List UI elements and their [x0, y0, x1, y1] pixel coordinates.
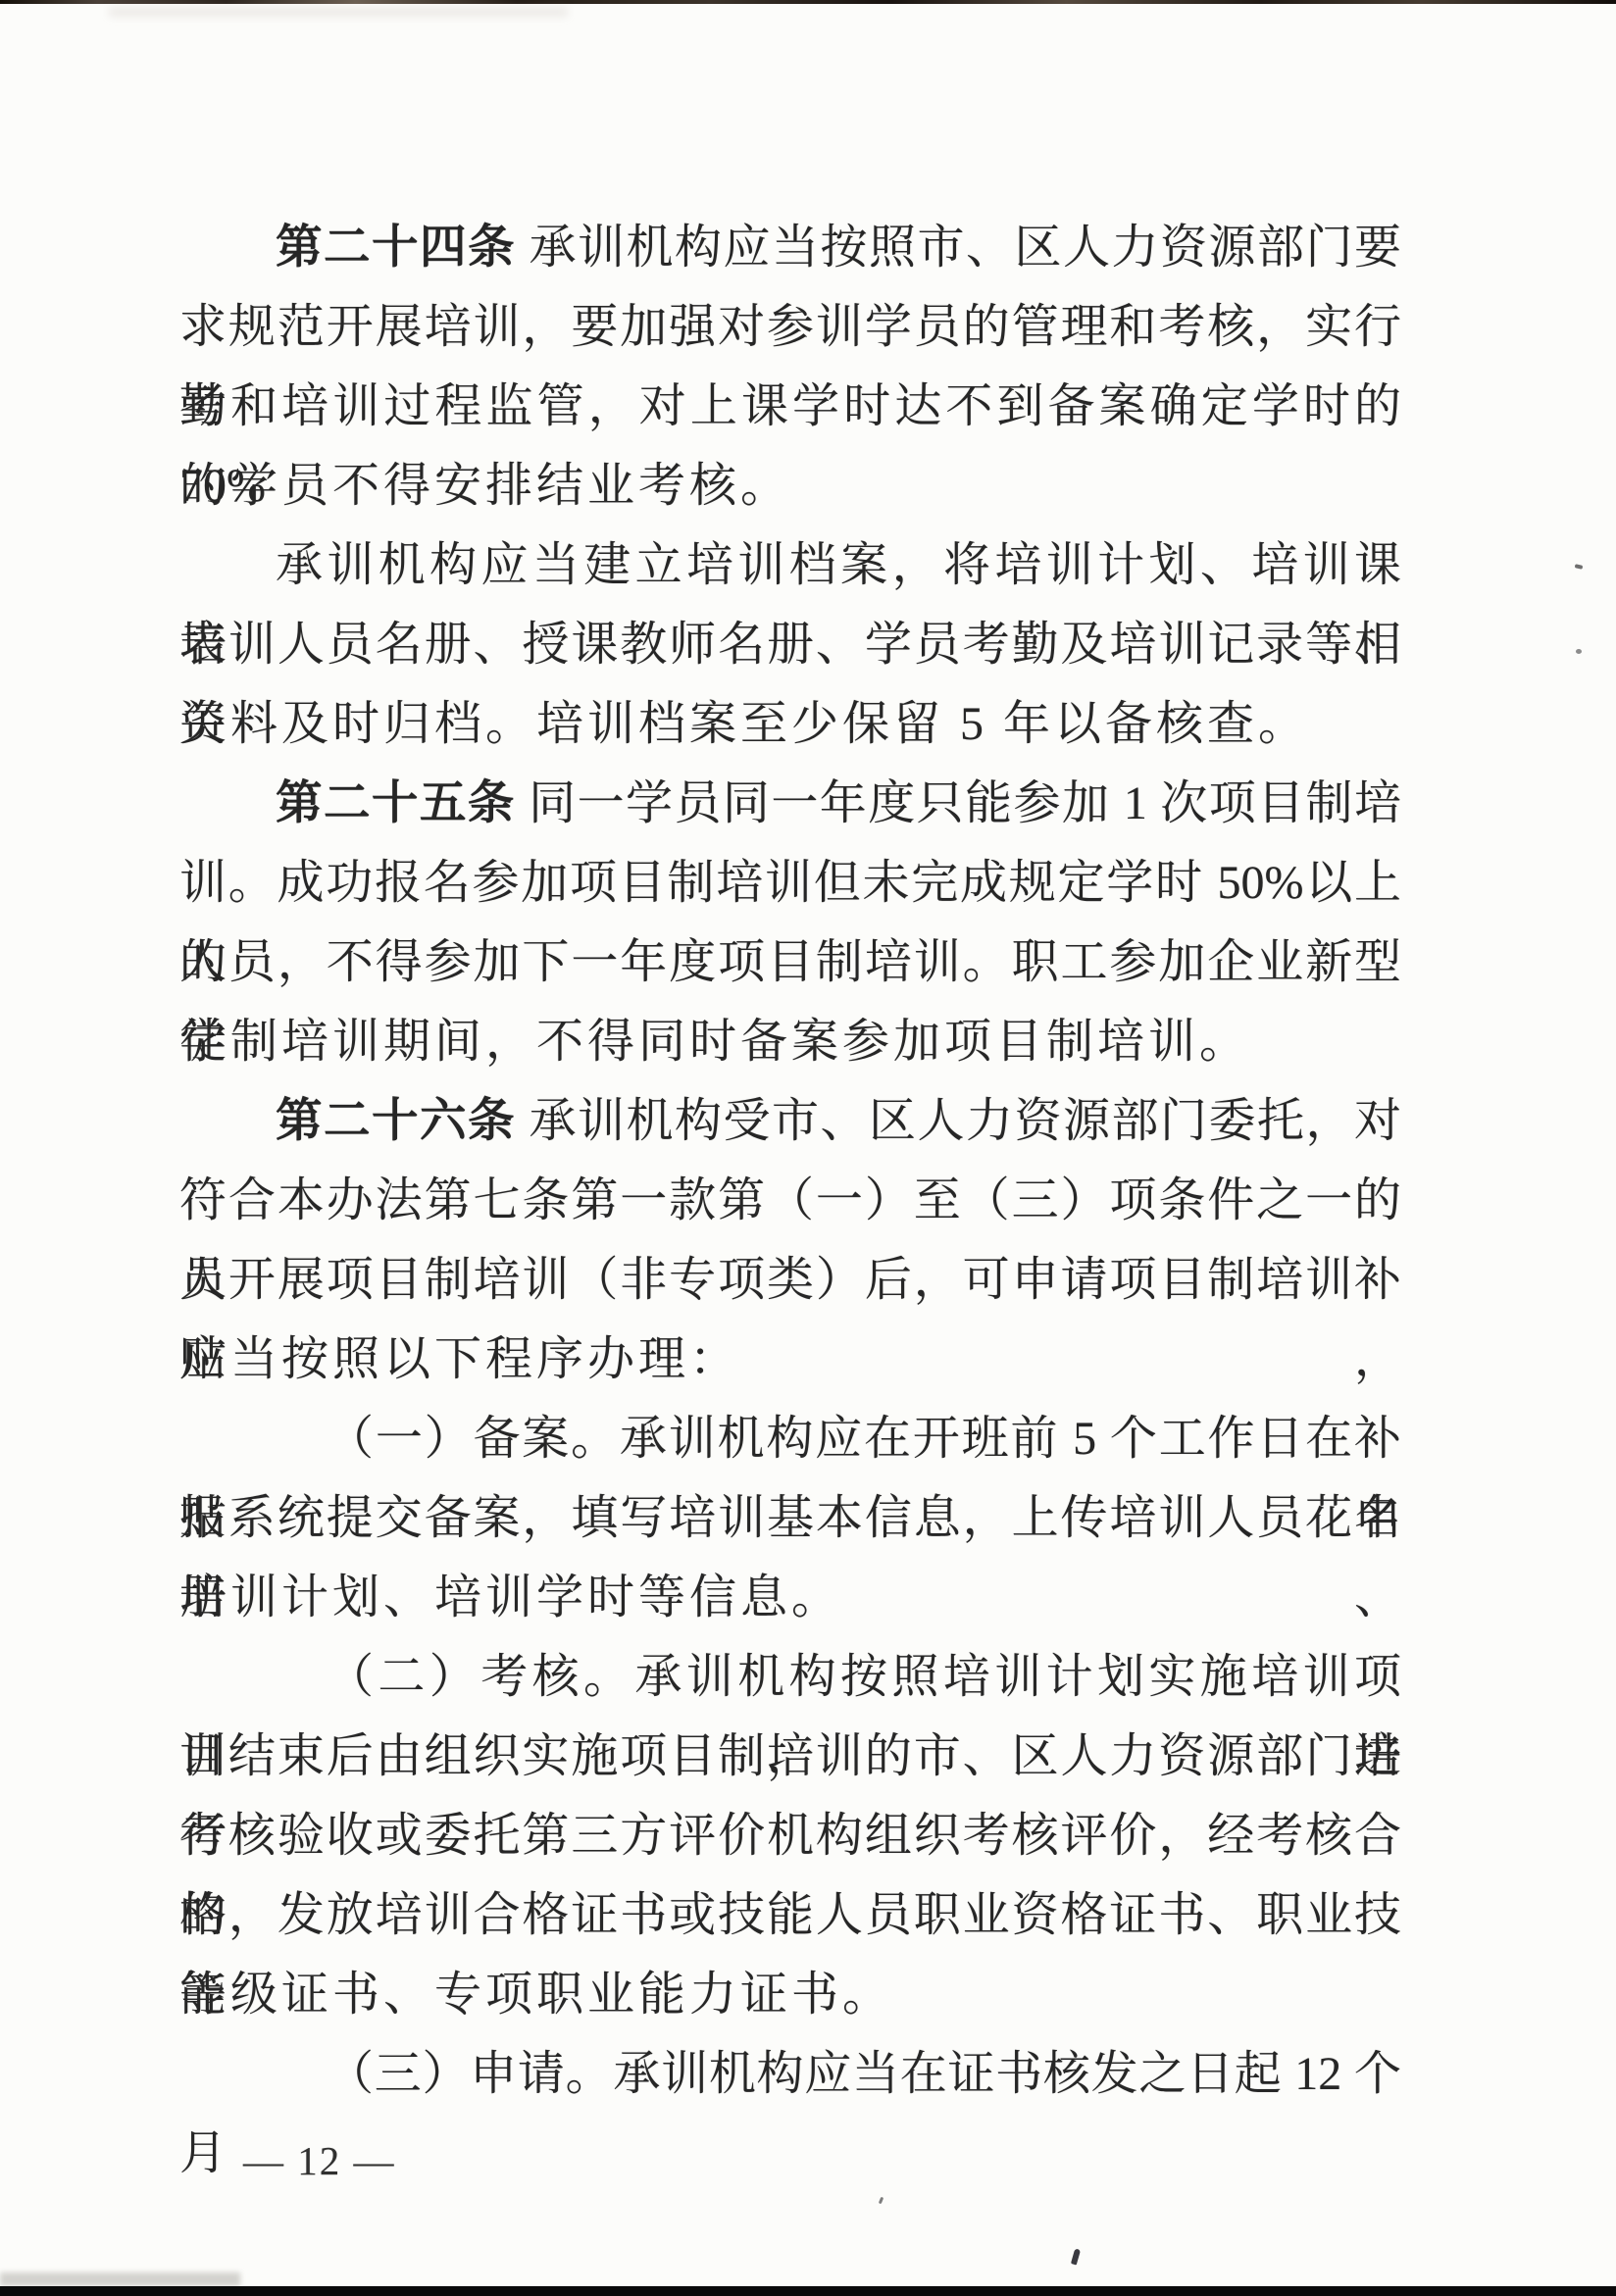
text-run: 承训机构受市、区人力资源部门委托，对 [516, 1095, 1401, 1147]
scan-top-edge [0, 0, 1616, 4]
text-line: （一）备案。承训机构应在开班前 5 个工作日在补贴申 [179, 1399, 1401, 1478]
text-line: 等级证书、专项职业能力证书。 [179, 1955, 1401, 2034]
ink-speck [1576, 649, 1582, 654]
text-line: 徒制培训期间，不得同时备案参加项目制培训。 [179, 1002, 1401, 1081]
text-run: 应当按照以下程序办理： [179, 1333, 740, 1385]
text-line: （三）申请。承训机构应当在证书核发之日起 12 个月 [179, 2034, 1401, 2114]
text-line: 第二十六条 承训机构受市、区人力资源部门委托，对 [179, 1081, 1401, 1161]
ink-speck [879, 2197, 884, 2205]
text-line: 人员，不得参加下一年度项目制培训。职工参加企业新型学 [179, 923, 1401, 1002]
text-run: 培训计划、培训学时等信息。 [179, 1572, 842, 1623]
text-line: 培训人员名册、授课教师名册、学员考勤及培训记录等相关 [179, 605, 1401, 684]
text-line: 资料及时归档。培训档案至少保留 5 年以备核查。 [179, 684, 1401, 764]
text-line: 考核验收或委托第三方评价机构组织考核评价，经考核合格 [179, 1796, 1401, 1875]
article-heading: 第二十四条 [276, 222, 516, 274]
text-line: 求规范开展培训，要加强对参训学员的管理和考核，实行考 [179, 287, 1401, 367]
scanned-document-page: 第二十四条 承训机构应当按照市、区人力资源部门要求规范开展培训，要加强对参训学员… [0, 0, 1616, 2296]
text-run: 资料及时归档。培训档案至少保留 5 年以备核查。 [179, 698, 1309, 750]
text-line: 训。成功报名参加项目制培训但未完成规定学时 50%以上的 [179, 843, 1401, 923]
text-line: （二）考核。承训机构按照培训计划实施培训项目，培 [179, 1637, 1401, 1717]
ink-speck [1575, 564, 1584, 570]
text-run: 同一学员同一年度只能参加 1 次项目制培 [516, 777, 1401, 829]
article-heading: 第二十五条 [276, 777, 516, 829]
text-line: 第二十四条 承训机构应当按照市、区人力资源部门要 [179, 208, 1401, 287]
text-line: 训结束后由组织实施项目制培训的市、区人力资源部门进行 [179, 1717, 1401, 1796]
text-line: 的学员不得安排结业考核。 [179, 446, 1401, 525]
document-body: 第二十四条 承训机构应当按照市、区人力资源部门要求规范开展培训，要加强对参训学员… [179, 208, 1401, 2114]
text-run: 的学员不得安排结业考核。 [179, 460, 791, 512]
text-line: 勤和培训过程监管，对上课学时达不到备案确定学时的 70% [179, 367, 1401, 446]
text-run: 承训机构应当按照市、区人力资源部门要 [516, 222, 1401, 274]
page-number: — 12 — [243, 2137, 396, 2184]
text-line: 符合本办法第七条第一款第（一）至（三）项条件之一的人 [179, 1161, 1401, 1240]
text-run: 徒制培训期间，不得同时备案参加项目制培训。 [179, 1016, 1250, 1068]
scan-top-haze [108, 6, 569, 18]
scan-bottom-smudge [0, 2272, 240, 2286]
text-line: 承训机构应当建立培训档案，将培训计划、培训课表、 [179, 525, 1401, 605]
ink-speck [1071, 2248, 1081, 2265]
text-run: 等级证书、专项职业能力证书。 [179, 1969, 893, 2021]
text-line: 员开展项目制培训（非专项类）后，可申请项目制培训补贴， [179, 1240, 1401, 1320]
text-line: 第二十五条 同一学员同一年度只能参加 1 次项目制培 [179, 764, 1401, 843]
text-line: 的，发放培训合格证书或技能人员职业资格证书、职业技能 [179, 1875, 1401, 1955]
article-heading: 第二十六条 [276, 1095, 516, 1147]
text-line: 报系统提交备案，填写培训基本信息，上传培训人员花名册、 [179, 1478, 1401, 1558]
scan-bottom-edge [0, 2286, 1616, 2296]
